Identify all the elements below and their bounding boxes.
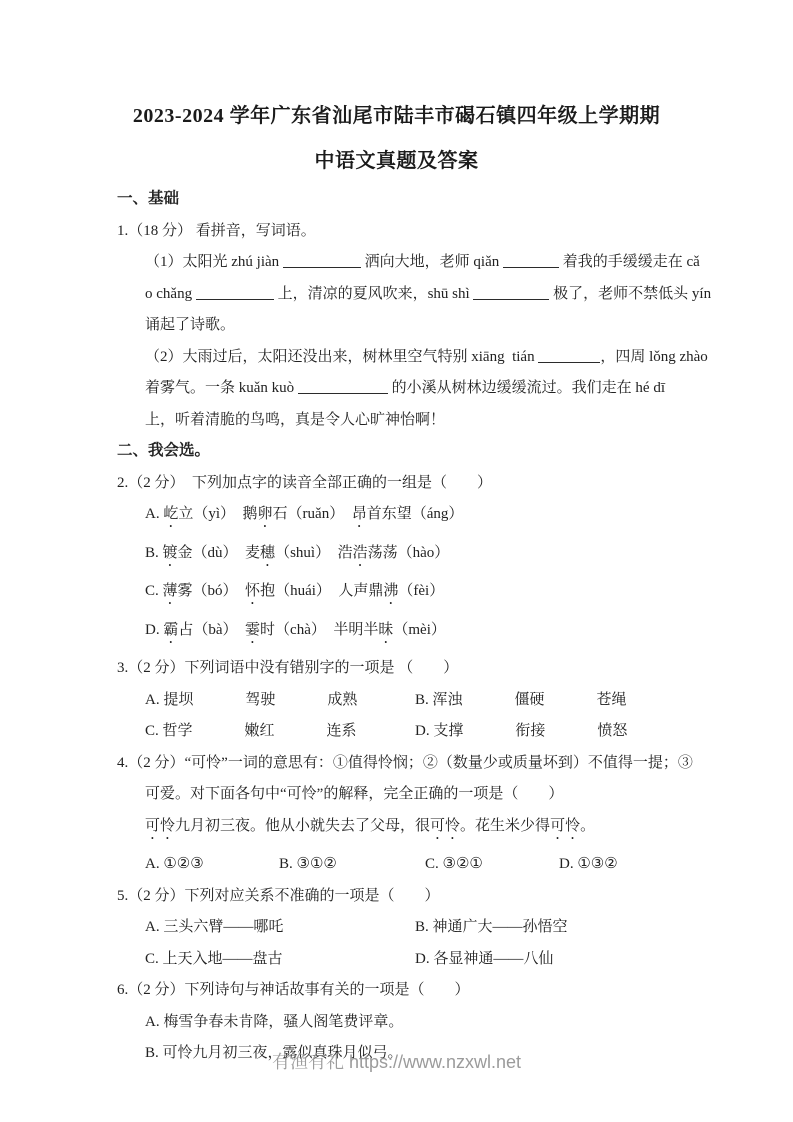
option-column: D. 各显神通——八仙 bbox=[415, 949, 553, 969]
exam-body: 一、基础1.（18 分） 看拼音，写词语。（1）太阳光 zhú jiàn 洒向大… bbox=[117, 189, 677, 1075]
spacer bbox=[193, 703, 245, 704]
text-run: 洒向大地，老师 qiǎn bbox=[361, 254, 503, 270]
q1-part1-line3: 诵起了诗歌。 bbox=[117, 315, 677, 335]
option-column: C. ③②① bbox=[425, 854, 559, 874]
option-column: A. 提坝驾驶成熟 bbox=[145, 690, 415, 710]
text-run: 雾（bó） bbox=[178, 583, 246, 599]
dotted-text: 可怜 bbox=[145, 818, 175, 834]
text-run: 石（ruǎn） bbox=[273, 506, 352, 522]
option-column: D. ①③② bbox=[559, 854, 618, 874]
text-run: ，四周 lǒng zhào bbox=[600, 349, 707, 365]
q5-stem: 5.（2 分）下列对应关系不准确的一项是（ ） bbox=[117, 886, 677, 906]
spacer bbox=[193, 734, 245, 735]
dotted-text: 可怜 bbox=[550, 818, 580, 834]
section-2-heading: 二、我会选。 bbox=[117, 441, 677, 461]
q2-option-b: B. 镀金（dù） 麦穗（shuì） 浩浩荡荡（hào） bbox=[117, 543, 677, 570]
text-run: （2）大雨过后，太阳还没出来，树林里空气特别 xiāng tián bbox=[145, 349, 538, 365]
text-run: A. bbox=[145, 506, 163, 522]
text-run: 1.（18 分） 看拼音，写词语。 bbox=[117, 223, 316, 239]
exam-title-line2: 中语文真题及答案 bbox=[0, 139, 793, 184]
text-run: 二、我会选。 bbox=[117, 442, 210, 459]
q4-sentences: 可怜九月初三夜。他从小就失去了父母，很可怜。花生米少得可怜。 bbox=[117, 816, 677, 843]
dotted-text: 沸 bbox=[383, 583, 398, 599]
q3-stem: 3.（2 分）下列词语中没有错别字的一项是 （ ） bbox=[117, 658, 677, 678]
dotted-text: 屹 bbox=[163, 506, 178, 522]
text-run: B. 浑浊 bbox=[415, 692, 463, 708]
q1-part2-line3: 上，听着清脆的鸟鸣，真是令人心旷神怡啊！ bbox=[117, 410, 677, 430]
text-run: B. 神通广大——孙悟空 bbox=[415, 919, 568, 935]
answer-blank bbox=[473, 285, 549, 300]
answer-blank bbox=[283, 253, 361, 268]
option-column: B. ③①② bbox=[279, 854, 425, 874]
dotted-text: 穗 bbox=[260, 545, 275, 561]
text-run: 衔接 bbox=[515, 723, 545, 739]
text-run: 时（chà） 半明半 bbox=[260, 622, 378, 638]
text-run: A. 梅雪争春未肯降，骚人阁笔费评章。 bbox=[145, 1014, 403, 1030]
text-run: 连系 bbox=[327, 723, 357, 739]
text-run: o chǎng bbox=[145, 286, 196, 302]
dotted-text: 镀 bbox=[163, 545, 178, 561]
q1-part1-line2: o chǎng 上，清凉的夏风吹来，shū shì 极了，老师不禁低头 yín bbox=[117, 284, 677, 304]
q1-stem: 1.（18 分） 看拼音，写词语。 bbox=[117, 221, 677, 241]
text-run: C. 上天入地——盘古 bbox=[145, 951, 283, 967]
option-column: B. 浑浊僵硬苍绳 bbox=[415, 690, 627, 710]
q6-stem: 6.（2 分）下列诗句与神话故事有关的一项是（ ） bbox=[117, 980, 677, 1000]
answer-blank bbox=[538, 348, 600, 363]
dotted-text: 薄 bbox=[163, 583, 178, 599]
spacer bbox=[463, 734, 515, 735]
text-run: A. 三头六臂——哪吒 bbox=[145, 919, 283, 935]
text-run: 荡荡（hào） bbox=[368, 545, 450, 561]
text-run: B. ③①② bbox=[279, 856, 337, 872]
q2-stem: 2.（2 分） 下列加点字的读音全部正确的一组是（ ） bbox=[117, 473, 677, 493]
text-run: （shuì） 浩 bbox=[275, 545, 353, 561]
text-run: 上，清凉的夏风吹来，shū shì bbox=[274, 286, 474, 302]
text-run: 诵起了诗歌。 bbox=[145, 317, 235, 333]
option-column: C. 上天入地——盘古 bbox=[145, 949, 415, 969]
dotted-text: 昧 bbox=[378, 622, 393, 638]
text-run: 极了，老师不禁低头 yín bbox=[549, 286, 711, 302]
dotted-text: 昂 bbox=[352, 506, 367, 522]
q4-options: A. ①②③B. ③①②C. ③②①D. ①③② bbox=[117, 854, 677, 874]
option-column: C. 哲学嫩红连系 bbox=[145, 721, 415, 741]
text-run: 4.（2 分）“可怜”一词的意思有：①值得怜悯；②（数量少或质量坏到）不值得一提… bbox=[117, 755, 693, 771]
dotted-text: 浩 bbox=[353, 545, 368, 561]
option-column: B. 神通广大——孙悟空 bbox=[415, 917, 568, 937]
text-run: 着雾气。一条 kuǎn kuò bbox=[145, 380, 298, 396]
text-run: 愤怒 bbox=[597, 723, 627, 739]
text-run: 6.（2 分）下列诗句与神话故事有关的一项是（ ） bbox=[117, 982, 470, 998]
dotted-text: 怀 bbox=[245, 583, 260, 599]
text-run: 上，听着清脆的鸟鸣，真是令人心旷神怡啊！ bbox=[145, 412, 445, 428]
text-run: 。 bbox=[580, 818, 595, 834]
q3-options-row2: C. 哲学嫩红连系D. 支撑衔接愤怒 bbox=[117, 721, 677, 741]
site-footer: 有渔有礼 https://www.nzxwl.net bbox=[0, 1048, 793, 1074]
exam-title-line1: 2023-2024 学年广东省汕尾市陆丰市碣石镇四年级上学期期 bbox=[0, 94, 793, 139]
text-run: 可爱。对下面各句中“可怜”的解释，完全正确的一项是（ ） bbox=[145, 786, 563, 802]
spacer bbox=[463, 703, 515, 704]
q1-part2-line1: （2）大雨过后，太阳还没出来，树林里空气特别 xiāng tián ，四周 lǒ… bbox=[117, 347, 677, 367]
answer-blank bbox=[503, 253, 559, 268]
option-column: D. 支撑衔接愤怒 bbox=[415, 721, 627, 741]
section-1-heading: 一、基础 bbox=[117, 189, 677, 209]
exam-title: 2023-2024 学年广东省汕尾市陆丰市碣石镇四年级上学期期 中语文真题及答案 bbox=[0, 94, 793, 184]
text-run: 嫩红 bbox=[245, 723, 275, 739]
q2-option-c: C. 薄雾（bó） 怀抱（huái） 人声鼎沸（fèi） bbox=[117, 581, 677, 608]
q4-stem-line2: 可爱。对下面各句中“可怜”的解释，完全正确的一项是（ ） bbox=[117, 784, 677, 804]
q4-stem-line1: 4.（2 分）“可怜”一词的意思有：①值得怜悯；②（数量少或质量坏到）不值得一提… bbox=[117, 753, 677, 773]
dotted-text: 霸 bbox=[163, 622, 178, 638]
text-run: 驾驶 bbox=[245, 692, 275, 708]
q2-option-d: D. 霸占（bà） 霎时（chà） 半明半昧（mèi） bbox=[117, 620, 677, 647]
text-run: 着我的手缓缓走在 cǎ bbox=[559, 254, 700, 270]
q3-options-row1: A. 提坝驾驶成熟B. 浑浊僵硬苍绳 bbox=[117, 690, 677, 710]
text-run: D. 各显神通——八仙 bbox=[415, 951, 553, 967]
q5-options-row1: A. 三头六臂——哪吒B. 神通广大——孙悟空 bbox=[117, 917, 677, 937]
q2-option-a: A. 屹立（yì） 鹅卵石（ruǎn） 昂首东望（áng） bbox=[117, 504, 677, 531]
text-run: A. ①②③ bbox=[145, 856, 204, 872]
q5-options-row2: C. 上天入地——盘古D. 各显神通——八仙 bbox=[117, 949, 677, 969]
text-run: 3.（2 分）下列词语中没有错别字的一项是 （ ） bbox=[117, 660, 458, 676]
text-run: 。花生米少得 bbox=[460, 818, 550, 834]
text-run: （1）太阳光 zhú jiàn bbox=[145, 254, 283, 270]
text-run: 2.（2 分） 下列加点字的读音全部正确的一组是（ ） bbox=[117, 475, 492, 491]
dotted-text: 可怜 bbox=[430, 818, 460, 834]
text-run: （fèi） bbox=[398, 583, 444, 599]
option-column: A. ①②③ bbox=[145, 854, 279, 874]
text-run: 占（bà） bbox=[178, 622, 245, 638]
spacer bbox=[275, 703, 327, 704]
text-run: 立（yì） 鹅 bbox=[178, 506, 257, 522]
text-run: 的小溪从树林边缓缓流过。我们走在 hé dī bbox=[388, 380, 665, 396]
answer-blank bbox=[196, 285, 274, 300]
q1-part2-line2: 着雾气。一条 kuǎn kuò 的小溪从树林边缓缓流过。我们走在 hé dī bbox=[117, 378, 677, 398]
text-run: （mèi） bbox=[393, 622, 446, 638]
spacer bbox=[275, 734, 327, 735]
text-run: 九月初三夜。他从小就失去了父母，很 bbox=[175, 818, 430, 834]
text-run: 成熟 bbox=[327, 692, 357, 708]
text-run: C. ③②① bbox=[425, 856, 483, 872]
text-run: 5.（2 分）下列对应关系不准确的一项是（ ） bbox=[117, 888, 440, 904]
text-run: D. bbox=[145, 622, 163, 638]
spacer bbox=[545, 734, 597, 735]
spacer bbox=[545, 703, 597, 704]
text-run: D. ①③② bbox=[559, 856, 618, 872]
text-run: C. bbox=[145, 583, 163, 599]
answer-blank bbox=[298, 379, 388, 394]
text-run: 金（dù） 麦 bbox=[178, 545, 261, 561]
text-run: 一、基础 bbox=[117, 190, 179, 207]
text-run: B. bbox=[145, 545, 163, 561]
dotted-text: 卵 bbox=[258, 506, 273, 522]
text-run: D. 支撑 bbox=[415, 723, 463, 739]
exam-page: 2023-2024 学年广东省汕尾市陆丰市碣石镇四年级上学期期 中语文真题及答案… bbox=[0, 0, 793, 1122]
q6-option-a: A. 梅雪争春未肯降，骚人阁笔费评章。 bbox=[117, 1012, 677, 1032]
q1-part1-line1: （1）太阳光 zhú jiàn 洒向大地，老师 qiǎn 着我的手缓缓走在 cǎ bbox=[117, 252, 677, 272]
option-column: A. 三头六臂——哪吒 bbox=[145, 917, 415, 937]
text-run: 抱（huái） 人声鼎 bbox=[260, 583, 383, 599]
dotted-text: 霎 bbox=[245, 622, 260, 638]
text-run: 僵硬 bbox=[515, 692, 545, 708]
text-run: 首东望（áng） bbox=[367, 506, 464, 522]
text-run: C. 哲学 bbox=[145, 723, 193, 739]
text-run: A. 提坝 bbox=[145, 692, 193, 708]
text-run: 苍绳 bbox=[597, 692, 627, 708]
